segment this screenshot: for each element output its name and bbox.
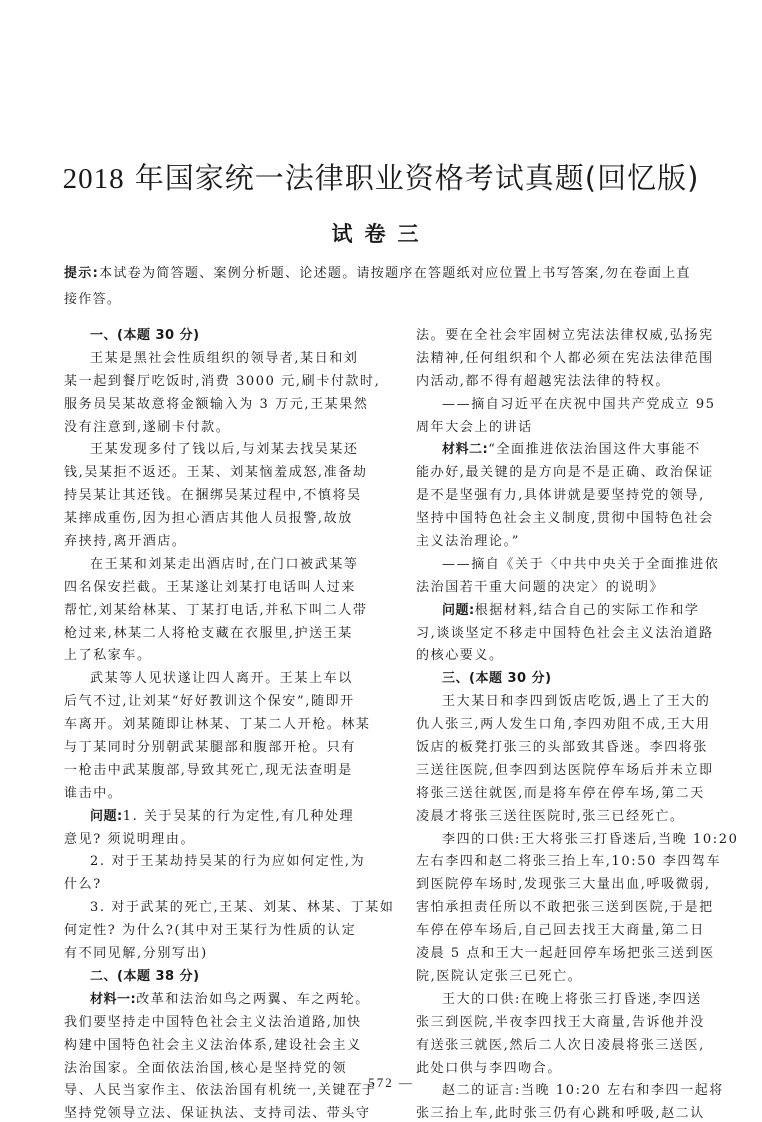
text-line: 何定性? 为什么?(其中对王某行为性质的认定	[64, 920, 386, 943]
hint-text: 本试卷为简答题、案例分析题、论述题。请按题序在答题纸对应位置上书写答案,勿在卷面…	[64, 266, 691, 307]
text-line: 谁击中。	[64, 783, 386, 806]
text-line: 意见? 须说明理由。	[64, 829, 386, 852]
text-line: 王某发现多付了钱以后,与刘某去找吴某还	[64, 439, 386, 462]
text-line: 左右李四和赵二将张三抬上车,10:50 李四驾车	[416, 851, 738, 874]
text-line: 法精神,任何组织和个人都必须在宪法法律范围	[416, 348, 738, 371]
text-line: 2. 对于王某劫持吴某的行为应如何定性,为	[64, 851, 386, 874]
text-line: 习,谈谈坚定不移走中国特色社会主义法治道路	[416, 623, 738, 646]
line-text: 根据材料,结合自己的实际工作和学	[475, 603, 700, 618]
text-line: 王某是黑社会性质组织的领导者,某日和刘	[64, 348, 386, 371]
line-label: 问题:	[442, 603, 475, 618]
text-line: 枪过来,林某二人将枪支藏在衣服里,护送王某	[64, 623, 386, 646]
text-line: 法。要在全社会牢固树立宪法法律权威,弘扬宪	[416, 325, 738, 348]
text-line: 四名保安拦截。王某遂让刘某打电话叫人过来	[64, 577, 386, 600]
text-line: 凌晨 5 点和王大一起赶回停车场把张三送到医	[416, 943, 738, 966]
text-line: 饭店的板凳打张三的头部致其昏迷。李四将张	[416, 737, 738, 760]
hint-label: 提示:	[64, 266, 99, 281]
text-line: 三送往医院,但李四到达医院停车场后并未立即	[416, 760, 738, 783]
labeled-line: 问题:根据材料,结合自己的实际工作和学	[416, 600, 738, 623]
text-line: 凌晨才将张三送往医院时,张三已经死亡。	[416, 806, 738, 829]
text-line: 构建中国特色社会主义法治体系,建设社会主义	[64, 1035, 386, 1058]
text-line: 是不是坚强有力,具体讲就是要坚持党的领导,	[416, 485, 738, 508]
line-text: “全面推进依法治国这件大事能不	[488, 442, 701, 457]
text-line: 主义法治理论。”	[416, 531, 738, 554]
text-line: ——摘自习近平在庆祝中国共产党成立 95	[416, 394, 738, 417]
line-text: 改革和法治如鸟之两翼、车之两轮。	[136, 992, 370, 1007]
text-line: 某一起到餐厅吃饭时,消费 3000 元,刷卡付款时,	[64, 371, 386, 394]
section-heading: 二、(本题 38 分)	[64, 966, 386, 989]
text-line: 服务员吴某故意将金额输入为 3 万元,王某果然	[64, 394, 386, 417]
text-line: 的核心要义。	[416, 645, 738, 668]
text-line: 没有注意到,遂刷卡付款。	[64, 417, 386, 440]
labeled-line: 材料一:改革和法治如鸟之两翼、车之两轮。	[64, 989, 386, 1012]
section-heading: 一、(本题 30 分)	[64, 325, 386, 348]
labeled-line: 材料二:“全面推进依法治国这件大事能不	[416, 439, 738, 462]
text-line: 将张三送往就医,而是将车停在停车场,第二天	[416, 783, 738, 806]
text-line: 有送张三就医,然后二人次日凌晨将张三送医,	[416, 1035, 738, 1058]
text-line: 一枪击中武某腹部,导致其死亡,现无法查明是	[64, 760, 386, 783]
text-line: 车离开。刘某随即让林某、丁某二人开枪。林某	[64, 714, 386, 737]
text-line: 到医院停车场时,发现张三大量出血,呼吸微弱,	[416, 874, 738, 897]
text-line: 与丁某同时分别朝武某腿部和腹部开枪。只有	[64, 737, 386, 760]
section-heading: 三、(本题 30 分)	[416, 668, 738, 691]
text-line: 李四的口供:王大将张三打昏迷后,当晚 10:20	[416, 829, 738, 852]
text-line: 上了私家车。	[64, 645, 386, 668]
text-line: 在王某和刘某走出酒店时,在门口被武某等	[64, 554, 386, 577]
text-line: 我们要坚持走中国特色社会主义法治道路,加快	[64, 1012, 386, 1035]
text-line: 张三抬上车,此时张三仍有心跳和呼吸,赵二认	[416, 1103, 738, 1122]
labeled-line: 问题:1. 关于吴某的行为定性,有几种处理	[64, 806, 386, 829]
title-year: 2018	[63, 163, 125, 195]
line-text: 1. 关于吴某的行为定性,有几种处理	[123, 809, 354, 824]
paper-subtitle: 试卷三	[0, 218, 762, 248]
text-line: 有不同见解,分别写出)	[64, 943, 386, 966]
right-column: 法。要在全社会牢固树立宪法法律权威,弘扬宪法精神,任何组织和个人都必须在宪法法律…	[416, 325, 738, 1122]
text-line: 坚持中国特色社会主义制度,贯彻中国特色社会	[416, 508, 738, 531]
text-line: 周年大会上的讲话	[416, 417, 738, 440]
text-line: 弃挟持,离开酒店。	[64, 531, 386, 554]
text-line: 害怕承担责任所以不敢把张三送到医院,于是把	[416, 897, 738, 920]
text-line: 3. 对于武某的死亡,王某、刘某、林某、丁某如	[64, 897, 386, 920]
line-label: 材料二:	[442, 442, 488, 457]
page-title: 2018 年国家统一法律职业资格考试真题(回忆版)	[0, 156, 762, 197]
text-line: 持吴某让其还钱。在捆绑吴某过程中,不慎将吴	[64, 485, 386, 508]
text-line: 院,医院认定张三已死亡。	[416, 966, 738, 989]
text-line: 坚持党领导立法、保证执法、支持司法、带头守	[64, 1103, 386, 1122]
instructions: 提示:本试卷为简答题、案例分析题、论述题。请按题序在答题纸对应位置上书写答案,勿…	[64, 261, 704, 313]
text-line: 王大某日和李四到饭店吃饭,遇上了王大的	[416, 691, 738, 714]
line-label: 问题:	[90, 809, 123, 824]
page-number: — 572 —	[0, 1075, 762, 1091]
text-line: 某摔成重伤,因为担心酒店其他人员报警,故放	[64, 508, 386, 531]
text-line: 张三到医院,半夜李四找王大商量,告诉他并没	[416, 1012, 738, 1035]
text-line: 后气不过,让刘某“好好教训这个保安”,随即开	[64, 691, 386, 714]
text-line: ——摘自《关于〈中共中央关于全面推进依	[416, 554, 738, 577]
text-line: 内活动,都不得有超越宪法法律的特权。	[416, 371, 738, 394]
title-text: 年国家统一法律职业资格考试真题(回忆版)	[125, 161, 700, 195]
text-line: 仇人张三,两人发生口角,李四劝阻不成,王大用	[416, 714, 738, 737]
text-line: 王大的口供:在晚上将张三打昏迷,李四送	[416, 989, 738, 1012]
text-line: 法治国若干重大问题的决定〉的说明》	[416, 577, 738, 600]
text-line: 什么?	[64, 874, 386, 897]
text-line: 钱,吴某拒不返还。王某、刘某恼羞成怒,准备劫	[64, 462, 386, 485]
left-column: 一、(本题 30 分)王某是黑社会性质组织的领导者,某日和刘某一起到餐厅吃饭时,…	[64, 325, 386, 1122]
text-line: 能办好,最关键的是方向是不是正确、政治保证	[416, 462, 738, 485]
text-line: 武某等人见状遂让四人离开。王某上车以	[64, 668, 386, 691]
line-label: 材料一:	[90, 992, 136, 1007]
text-line: 车停在停车场后,自己回去找王大商量,第二日	[416, 920, 738, 943]
text-line: 帮忙,刘某给林某、丁某打电话,并私下叫二人带	[64, 600, 386, 623]
